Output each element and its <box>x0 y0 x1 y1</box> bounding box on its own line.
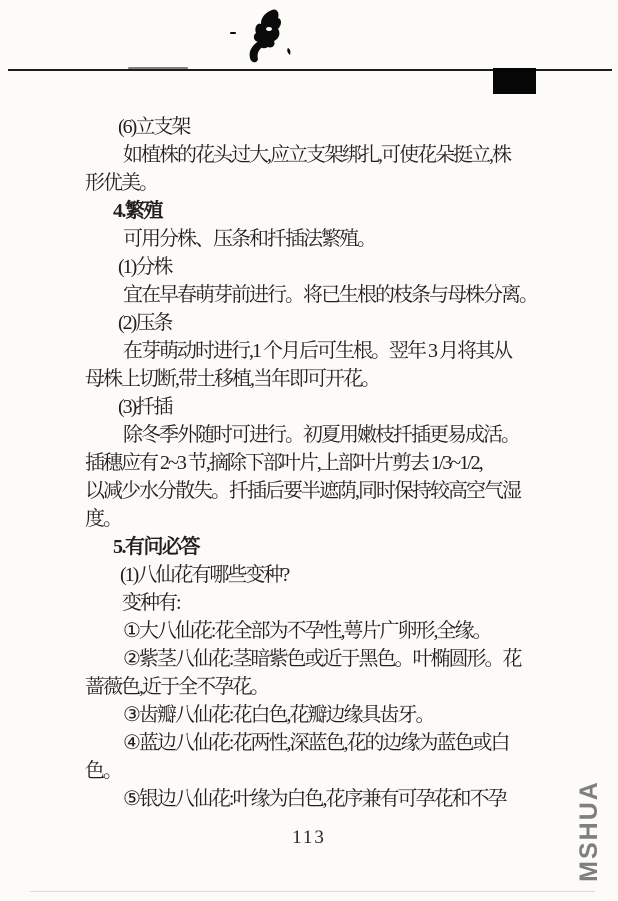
text-line: 除冬季外随时可进行。初夏用嫩枝扦插更易成活。 <box>85 421 563 449</box>
text-line: ⑤银边八仙花:叶缘为白色,花序兼有可孕花和不孕 <box>85 785 563 813</box>
text-line: ④蓝边八仙花:花两性,深蓝色,花的边缘为蓝色或白 <box>85 729 563 757</box>
text-line: 色。 <box>85 757 563 785</box>
text-line: ③齿瓣八仙花:花白色,花瓣边缘具齿牙。 <box>85 701 563 729</box>
text-line: (1)八仙花有哪些变种? <box>85 561 563 589</box>
page-number: 113 <box>0 827 618 849</box>
text-line: 度。 <box>85 505 563 533</box>
text-line: 5.有问必答 <box>85 533 563 561</box>
side-watermark: MSHUA <box>576 773 602 889</box>
redaction-box <box>493 68 536 94</box>
text-line: ①大八仙花:花全部为不孕性,萼片广卵形,全缘。 <box>85 617 563 645</box>
text-line: 形优美。 <box>85 169 563 197</box>
text-line: 插穗应有 2~3 节,摘除下部叶片,上部叶片剪去 1/3~1/2, <box>85 449 563 477</box>
text-line: 变种有: <box>85 589 563 617</box>
text-line: 以减少水分散失。扦插后要半遮荫,同时保持较高空气湿 <box>85 477 563 505</box>
text-line: (6)立支架 <box>85 113 563 141</box>
text-line: 蔷薇色,近于全不孕花。 <box>85 673 563 701</box>
text-line: ②紫茎八仙花:茎暗紫色或近于黑色。叶椭圆形。花 <box>85 645 563 673</box>
text-line: 如植株的花头过大,应立支架绑扎,可使花朵挺立,株 <box>85 141 563 169</box>
text-line: (1)分株 <box>85 253 563 281</box>
text-line: 宜在早春萌芽前进行。将已生根的枝条与母株分离。 <box>85 281 563 309</box>
text-line: (2)压条 <box>85 309 563 337</box>
text-line: 在芽萌动时进行,1 个月后可生根。翌年 3 月将其从 <box>85 337 563 365</box>
text-line: (3)扦插 <box>85 393 563 421</box>
bottom-scan-line <box>30 891 595 892</box>
scanned-page: (6)立支架如植株的花头过大,应立支架绑扎,可使花朵挺立,株形优美。4.繁殖可用… <box>0 0 618 901</box>
text-line: 母株上切断,带土移植,当年即可开花。 <box>85 365 563 393</box>
ink-blot-stain <box>228 2 308 72</box>
body-text: (6)立支架如植株的花头过大,应立支架绑扎,可使花朵挺立,株形优美。4.繁殖可用… <box>85 113 563 813</box>
text-line: 4.繁殖 <box>85 197 563 225</box>
text-line: 可用分株、压条和扦插法繁殖。 <box>85 225 563 253</box>
